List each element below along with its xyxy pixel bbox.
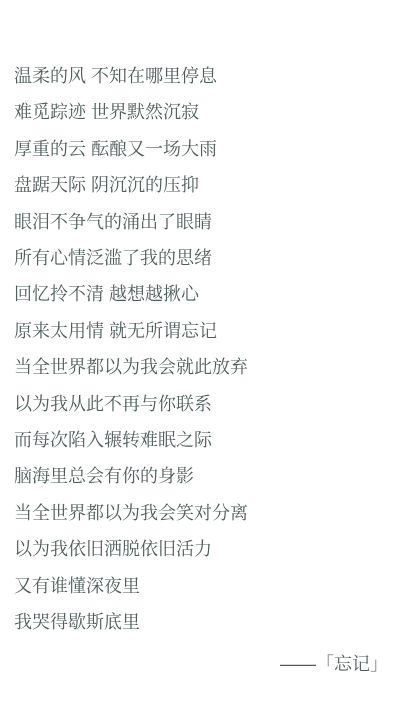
lyric-line: 所有心情泛滥了我的思绪 [14,240,388,276]
lyric-line: 又有谁懂深夜里 [14,568,388,604]
lyric-line: 温柔的风 不知在哪里停息 [14,58,388,94]
lyric-line: 当全世界都以为我会笑对分离 [14,495,388,531]
lyric-line: 难觅踪迹 世界默然沉寂 [14,94,388,130]
lyric-line: 原来太用情 就无所谓忘记 [14,313,388,349]
lyrics-page: 温柔的风 不知在哪里停息难觅踪迹 世界默然沉寂厚重的云 酝酿又一场大雨盘踞天际 … [0,0,400,712]
lyric-line: 当全世界都以为我会就此放弃 [14,349,388,385]
lyric-line: 脑海里总会有你的身影 [14,458,388,494]
lyric-line: 而每次陷入辗转难眠之际 [14,422,388,458]
lyric-line: 以为我依旧洒脱依旧活力 [14,531,388,567]
lyric-line: 眼泪不争气的涌出了眼睛 [14,204,388,240]
song-title-attribution: ——「忘记」 [14,646,388,682]
lyric-line: 我哭得歇斯底里 [14,604,388,640]
lyric-line: 回忆拎不清 越想越揪心 [14,276,388,312]
lyric-line: 盘踞天际 阴沉沉的压抑 [14,167,388,203]
lyric-line: 以为我从此不再与你联系 [14,386,388,422]
lyrics-block: 温柔的风 不知在哪里停息难觅踪迹 世界默然沉寂厚重的云 酝酿又一场大雨盘踞天际 … [14,58,388,641]
lyric-line: 厚重的云 酝酿又一场大雨 [14,131,388,167]
